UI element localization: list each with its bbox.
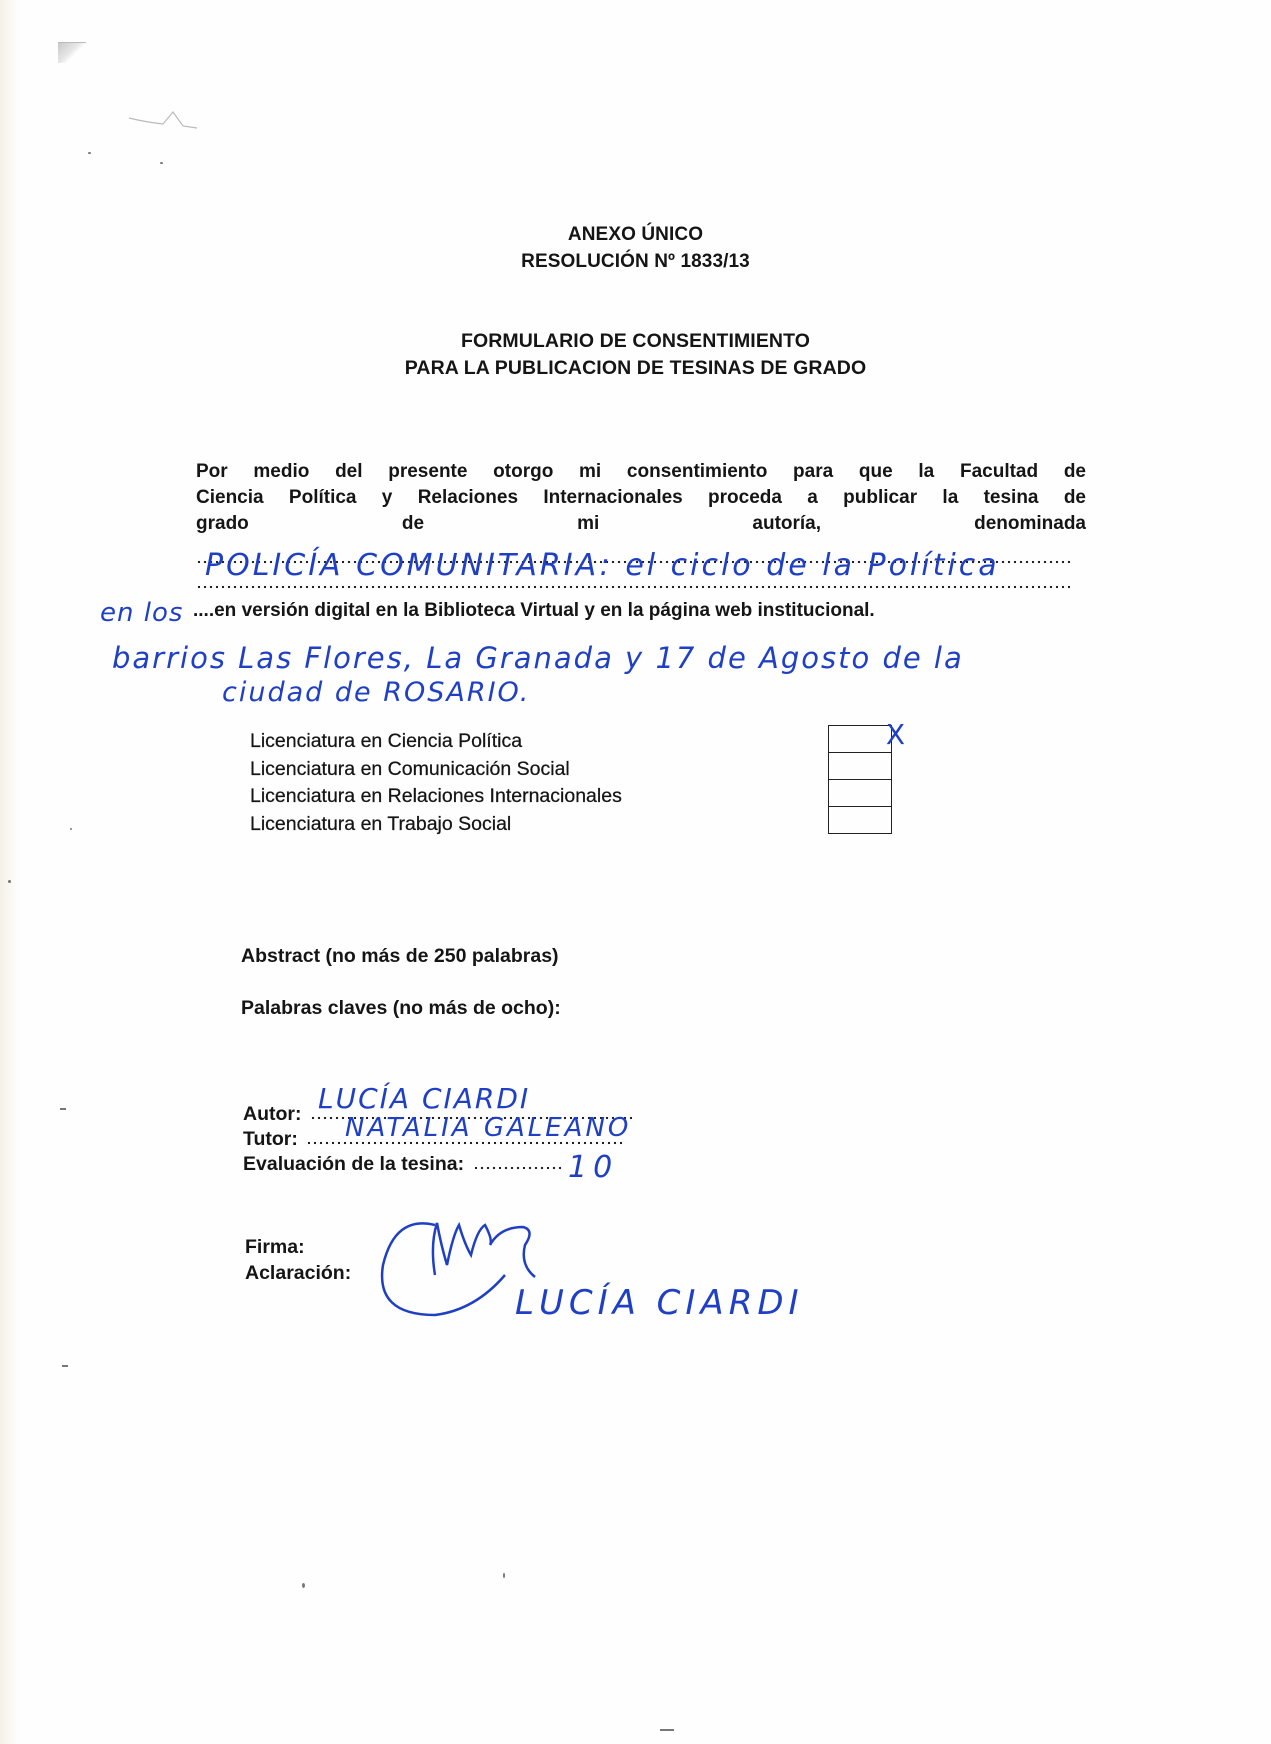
- evaluacion-field: Evaluación de la tesina:: [243, 1153, 563, 1176]
- consent-suffix: ....en versión digital en la Biblioteca …: [193, 600, 875, 622]
- firma-label: Firma:: [245, 1236, 305, 1259]
- consent-word: autoría,: [752, 511, 821, 537]
- abstract-label: Abstract (no más de 250 palabras): [241, 945, 559, 968]
- consent-line-1: Por medio del presente otorgo mi consent…: [196, 459, 1086, 485]
- consent-line-3: grado de mi autoría, denominada: [196, 511, 1086, 537]
- tutor-label: Tutor:: [243, 1128, 298, 1150]
- checkbox-trabajo-social[interactable]: [829, 807, 891, 834]
- keywords-label: Palabras claves (no más de ocho):: [241, 997, 561, 1020]
- check-x-icon: X: [886, 718, 905, 751]
- annex-title: ANEXO ÚNICO: [0, 224, 1271, 246]
- autor-label: Autor:: [243, 1103, 301, 1125]
- degree-checkbox-column: X: [828, 725, 892, 834]
- degree-trabajo-social: Licenciatura en Trabajo Social: [250, 811, 622, 839]
- speck: [660, 1729, 674, 1731]
- autor-value[interactable]: LUCÍA CIARDI: [318, 1082, 530, 1115]
- consent-text: Ciencia Política y Relaciones Internacio…: [196, 485, 1086, 511]
- consent-paragraph: Por medio del presente otorgo mi consent…: [196, 459, 1086, 537]
- speck: [62, 1365, 68, 1367]
- speck: [70, 828, 72, 830]
- handwritten-title-line3[interactable]: barrios Las Flores, La Granada y 17 de A…: [112, 641, 964, 675]
- degree-list: Licenciatura en Ciencia Política Licenci…: [250, 728, 622, 838]
- aclaracion-label: Aclaración:: [245, 1262, 351, 1285]
- degree-relaciones-internacionales: Licenciatura en Relaciones Internacional…: [250, 783, 622, 811]
- title-dotted-line-2: [196, 585, 1070, 589]
- form-title-line1: FORMULARIO DE CONSENTIMIENTO: [0, 330, 1271, 353]
- consent-word: mi: [577, 511, 599, 537]
- speck: [160, 162, 163, 164]
- checkbox-comunicacion-social[interactable]: [829, 753, 891, 780]
- handwritten-title-prefix[interactable]: en los: [100, 598, 183, 628]
- consent-text: Por medio del presente otorgo mi consent…: [196, 459, 1086, 485]
- aclaracion-value[interactable]: LUCÍA CIARDI: [515, 1283, 804, 1323]
- scan-smudge: [125, 110, 205, 140]
- evaluacion-label: Evaluación de la tesina:: [243, 1153, 464, 1175]
- form-title-line2: PARA LA PUBLICACION DE TESINAS DE GRADO: [0, 357, 1271, 380]
- evaluacion-dotted-line: [473, 1166, 563, 1170]
- consent-word: denominada: [974, 511, 1086, 537]
- evaluacion-value[interactable]: 10: [568, 1150, 618, 1185]
- scan-corner-mark: [58, 42, 86, 63]
- speck: [503, 1573, 505, 1578]
- resolution-number: RESOLUCIÓN Nº 1833/13: [0, 251, 1271, 273]
- consent-word: de: [402, 511, 424, 537]
- speck: [302, 1583, 305, 1588]
- degree-comunicacion-social: Licenciatura en Comunicación Social: [250, 756, 622, 784]
- checkbox-relaciones-internacionales[interactable]: [829, 780, 891, 807]
- consent-word: grado: [196, 511, 249, 537]
- degree-ciencia-politica: Licenciatura en Ciencia Política: [250, 728, 622, 756]
- handwritten-title-line4[interactable]: ciudad de ROSARIO.: [222, 677, 530, 708]
- speck: [8, 880, 11, 883]
- consent-line-2: Ciencia Política y Relaciones Internacio…: [196, 485, 1086, 511]
- handwritten-title-line1[interactable]: POLICÍA COMUNITARIA: el ciclo de la Polí…: [205, 548, 1000, 583]
- speck: [88, 152, 91, 154]
- checkbox-ciencia-politica[interactable]: X: [829, 726, 891, 753]
- tutor-value[interactable]: NATALIA GALEANO: [345, 1113, 631, 1143]
- speck: [60, 1108, 66, 1110]
